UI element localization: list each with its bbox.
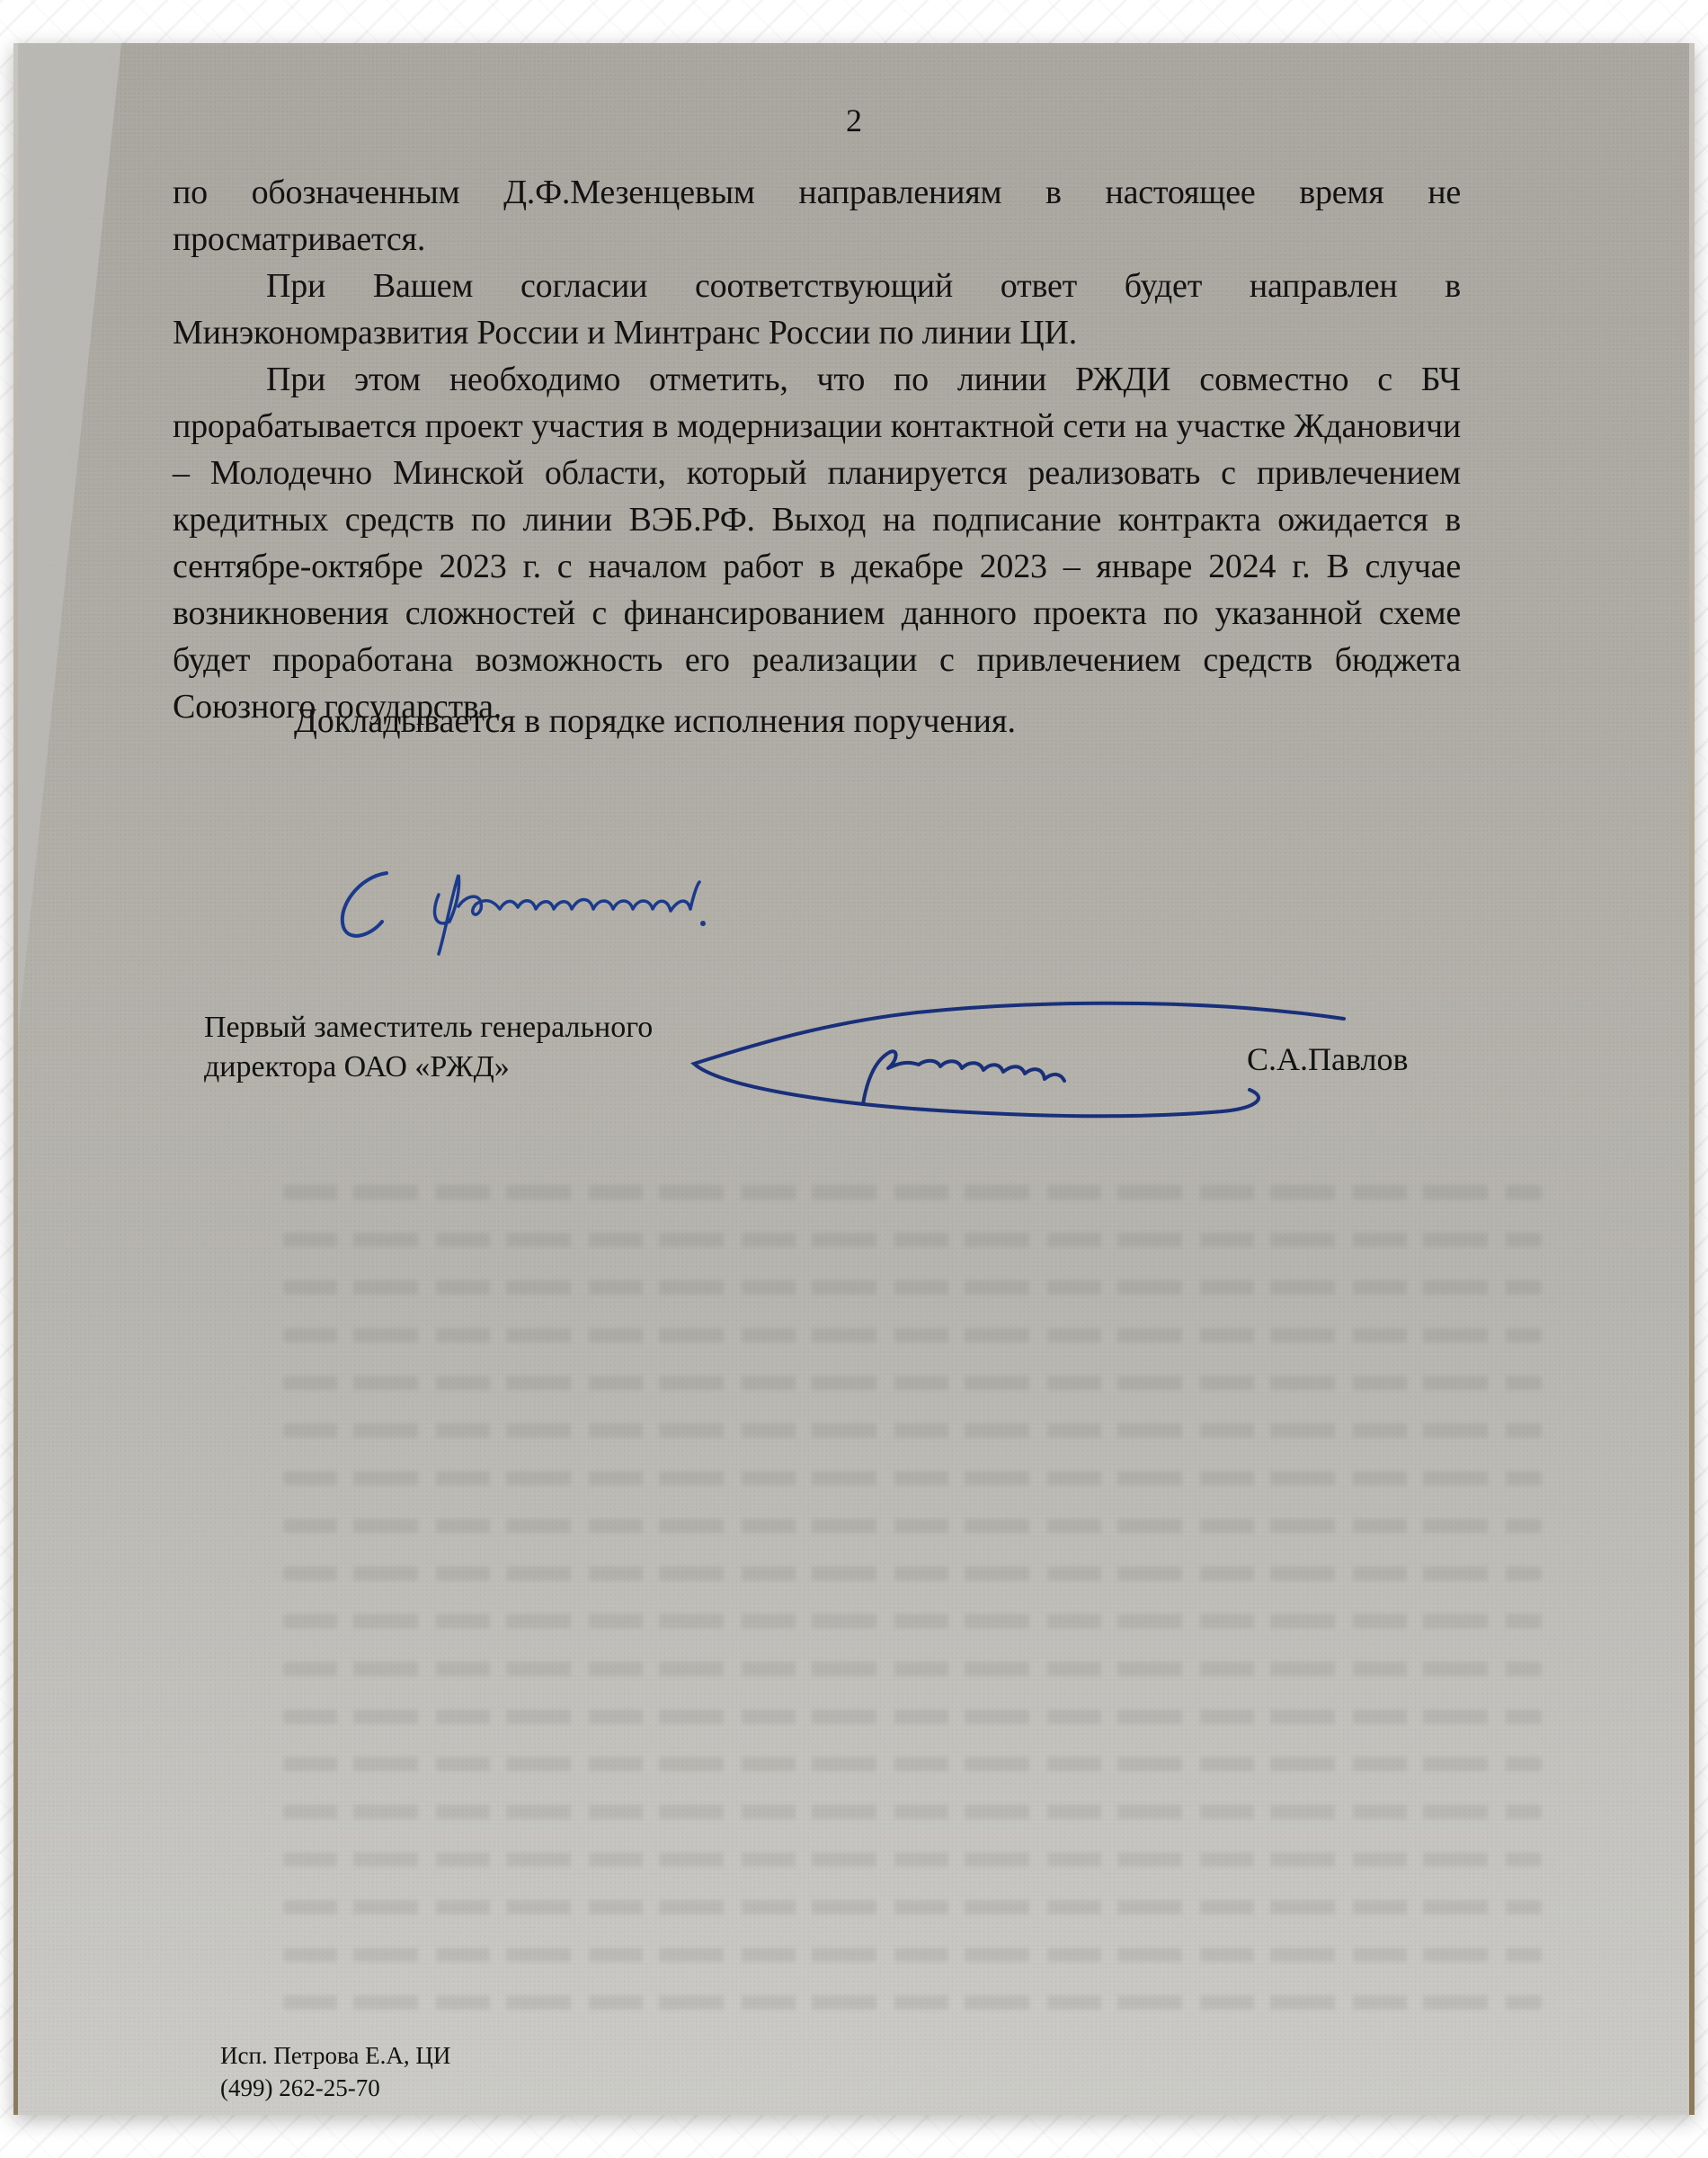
signatory-title-line-2: директора ОАО «РЖД»	[204, 1048, 653, 1087]
signatory-title: Первый заместитель генерального директор…	[204, 1008, 653, 1087]
closing-line: Докладывается в порядке исполнения поруч…	[294, 698, 1016, 745]
handwritten-salutation: С уважением,	[333, 857, 800, 956]
letter-content: 2 по обозначенным Д.Ф.Мезенцевым направл…	[13, 43, 1695, 2115]
executor-name: Исп. Петрова Е.А, ЦИ	[220, 2039, 450, 2072]
paragraph-3: При этом необходимо отметить, что по лин…	[173, 356, 1461, 730]
page-number: 2	[13, 104, 1695, 137]
signatory-title-line-1: Первый заместитель генерального	[204, 1008, 653, 1048]
document-page: 2 по обозначенным Д.Ф.Мезенцевым направл…	[13, 43, 1695, 2115]
letter-body: по обозначенным Д.Ф.Мезенцевым направлен…	[173, 169, 1461, 730]
executor-block: Исп. Петрова Е.А, ЦИ (499) 262-25-70	[220, 2039, 450, 2104]
paragraph-1: по обозначенным Д.Ф.Мезенцевым направлен…	[173, 169, 1461, 263]
signatory-name: С.А.Павлов	[1247, 1041, 1408, 1077]
paragraph-2: При Вашем согласии соответствующий ответ…	[173, 263, 1461, 356]
executor-phone: (499) 262-25-70	[220, 2072, 450, 2104]
